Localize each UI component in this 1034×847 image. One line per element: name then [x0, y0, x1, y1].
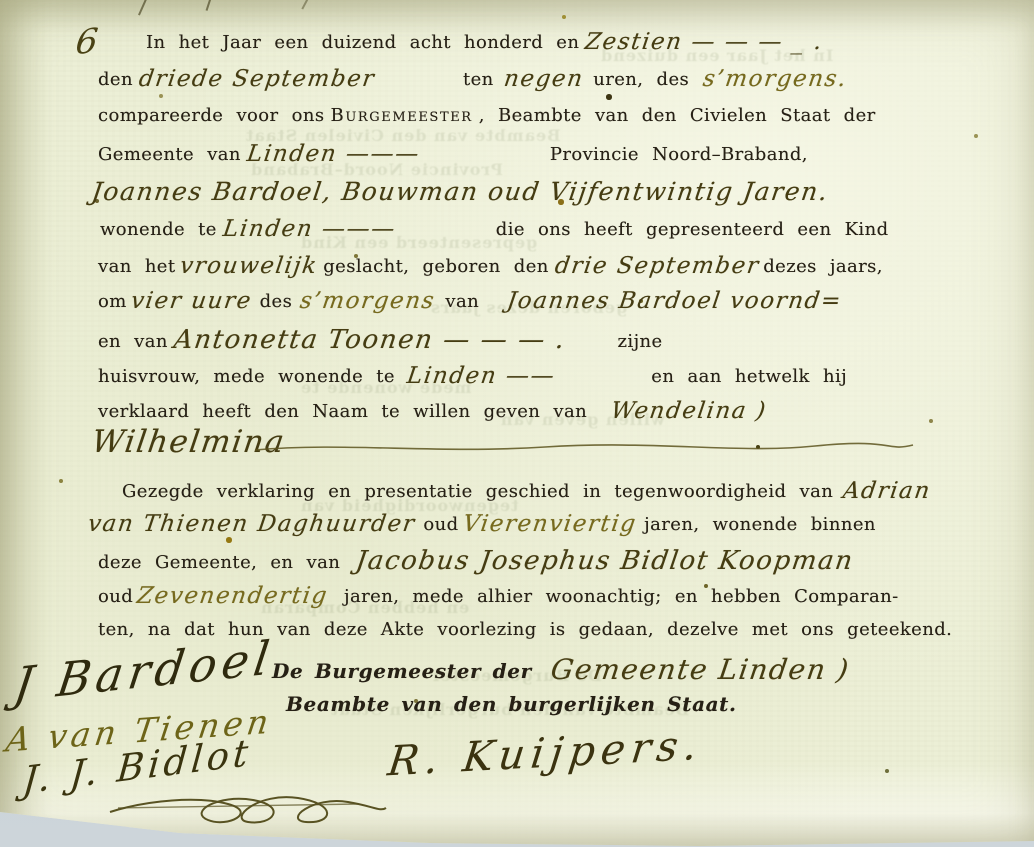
print-segment: verklaard heeft den Naam te willen geven…	[98, 401, 587, 422]
print-segment: en aan hetwelk hij	[651, 366, 847, 387]
handwritten-entry: Vierenviertig	[461, 513, 638, 536]
body-line: en vanAntonetta Toonen — — — .zijne	[98, 326, 663, 352]
closing-line: Beambte van den burgerlijken Staat.	[286, 692, 737, 716]
print-segment: geslacht, geboren den	[323, 256, 549, 277]
handwritten-entry: Antonetta Toonen — — — .	[172, 327, 567, 353]
handwritten-entry: Linden ———	[221, 218, 397, 241]
signature-burgemeester: R. Kuijpers.	[386, 725, 706, 783]
print-segment: Gemeente van	[98, 144, 241, 165]
print-segment: Burgemeester	[331, 105, 473, 126]
print-segment: deze Gemeente, en van	[98, 552, 340, 573]
body-line: dendriede Septembertennegenuren, dess’mo…	[98, 67, 847, 90]
signature-father: J Bardoel	[11, 634, 277, 708]
handwritten-entry: vier uure	[129, 290, 253, 313]
handwritten-entry: Gemeente Linden )	[549, 656, 851, 684]
body-line: In het Jaar een duizend acht honderd enZ…	[146, 30, 823, 53]
print-segment: Gezegde verklaring en presentatie geschi…	[122, 481, 833, 502]
print-segment: oud	[423, 514, 458, 535]
closing-print-text: Beambte van den burgerlijken Staat.	[286, 692, 737, 716]
print-segment: die ons heeft gepresenteerd een Kind	[496, 219, 889, 240]
print-segment: en van	[98, 331, 168, 352]
act-margin-number: 6	[74, 21, 100, 63]
handwritten-entry: Joannes Bardoel voornd=	[505, 290, 843, 313]
body-line: huisvrouw, mede wonende teLinden ——en aa…	[98, 364, 847, 387]
print-segment: oud	[98, 586, 133, 607]
handwritten-entry: s’morgens.	[702, 68, 849, 91]
body-line: Joannes Bardoel, Bouwman oud Vijfentwint…	[92, 178, 829, 203]
handwritten-entry: Linden ———	[245, 143, 421, 166]
handwritten-entry: Linden ——	[405, 365, 557, 388]
body-line: Gezegde verklaring en presentatie geschi…	[122, 479, 931, 502]
birth-record-scan: In het Jaar een duizendBeambte van den C…	[0, 0, 1034, 847]
print-segment: van het	[98, 256, 176, 277]
body-line: omvier uuredess’morgensvanJoannes Bardoe…	[98, 289, 842, 312]
print-segment: om	[98, 291, 127, 312]
pen-stroke-mark	[138, 0, 148, 16]
print-segment: ten	[463, 69, 494, 90]
print-segment: Provincie Noord–Braband,	[550, 144, 808, 165]
print-segment: dezes jaars,	[763, 256, 883, 277]
print-segment: uren, des	[593, 69, 689, 90]
closing-print-text: De Burgemeester der	[272, 659, 532, 683]
handwritten-entry: s’morgens	[299, 290, 437, 313]
print-segment: jaren, wonende binnen	[644, 514, 876, 535]
body-line: Gemeente vanLinden ———Provincie Noord–Br…	[98, 142, 808, 165]
signature-flourish	[108, 782, 388, 832]
pen-stroke-mark	[206, 0, 213, 11]
handwritten-entry: vrouwelijk	[178, 255, 319, 278]
print-segment: den	[98, 69, 133, 90]
paper-sheet: In het Jaar een duizendBeambte van den C…	[0, 0, 1034, 847]
body-line: wonende teLinden ———die ons heeft gepres…	[100, 217, 889, 240]
body-line: van hetvrouwelijkgeslacht, geboren dendr…	[98, 254, 883, 277]
print-segment: , Beambte van den Civielen Staat der	[479, 105, 876, 126]
handwritten-entry: Wendelina )	[609, 400, 768, 423]
print-segment: van	[445, 291, 479, 312]
handwritten-entry: driede September	[137, 68, 376, 91]
body-line: verklaard heeft den Naam te willen geven…	[98, 399, 767, 422]
handwritten-entry: Jacobus Josephus Bidlot Koopman	[354, 548, 855, 574]
body-line: van Thienen DaghuurderoudVierenviertigja…	[88, 512, 876, 535]
print-segment: In het Jaar een duizend acht honderd en	[146, 32, 579, 53]
paper-specks	[0, 0, 2, 2]
flourish-underline	[255, 438, 915, 460]
print-segment: huisvrouw, mede wonende te	[98, 366, 395, 387]
handwritten-entry: Joannes Bardoel, Bouwman oud Vijfentwint…	[90, 179, 830, 204]
body-line: deze Gemeente, en vanJacobus Josephus Bi…	[98, 547, 854, 573]
print-segment: des	[260, 291, 293, 312]
print-segment: zijne	[618, 331, 663, 352]
handwritten-entry: drie September	[553, 255, 761, 278]
print-segment: compareerde voor ons	[98, 105, 325, 126]
body-line: compareerde voor onsBurgemeester, Beambt…	[98, 105, 876, 126]
handwritten-entry: Zestien — — — _ .	[584, 31, 825, 54]
closing-line: De Burgemeester der Gemeente Linden )	[272, 655, 849, 683]
handwritten-entry: Adrian	[842, 480, 933, 503]
print-segment: jaren, mede alhier woonachtig; en hebben…	[344, 586, 899, 607]
handwritten-entry: negen	[502, 68, 585, 91]
body-line: oudZevenendertigjaren, mede alhier woona…	[98, 584, 899, 607]
handwritten-entry: Zevenendertig	[136, 585, 330, 608]
pen-stroke-mark	[301, 0, 310, 10]
handwritten-entry: van Thienen Daghuurder	[86, 513, 417, 536]
print-segment: wonende te	[100, 219, 217, 240]
